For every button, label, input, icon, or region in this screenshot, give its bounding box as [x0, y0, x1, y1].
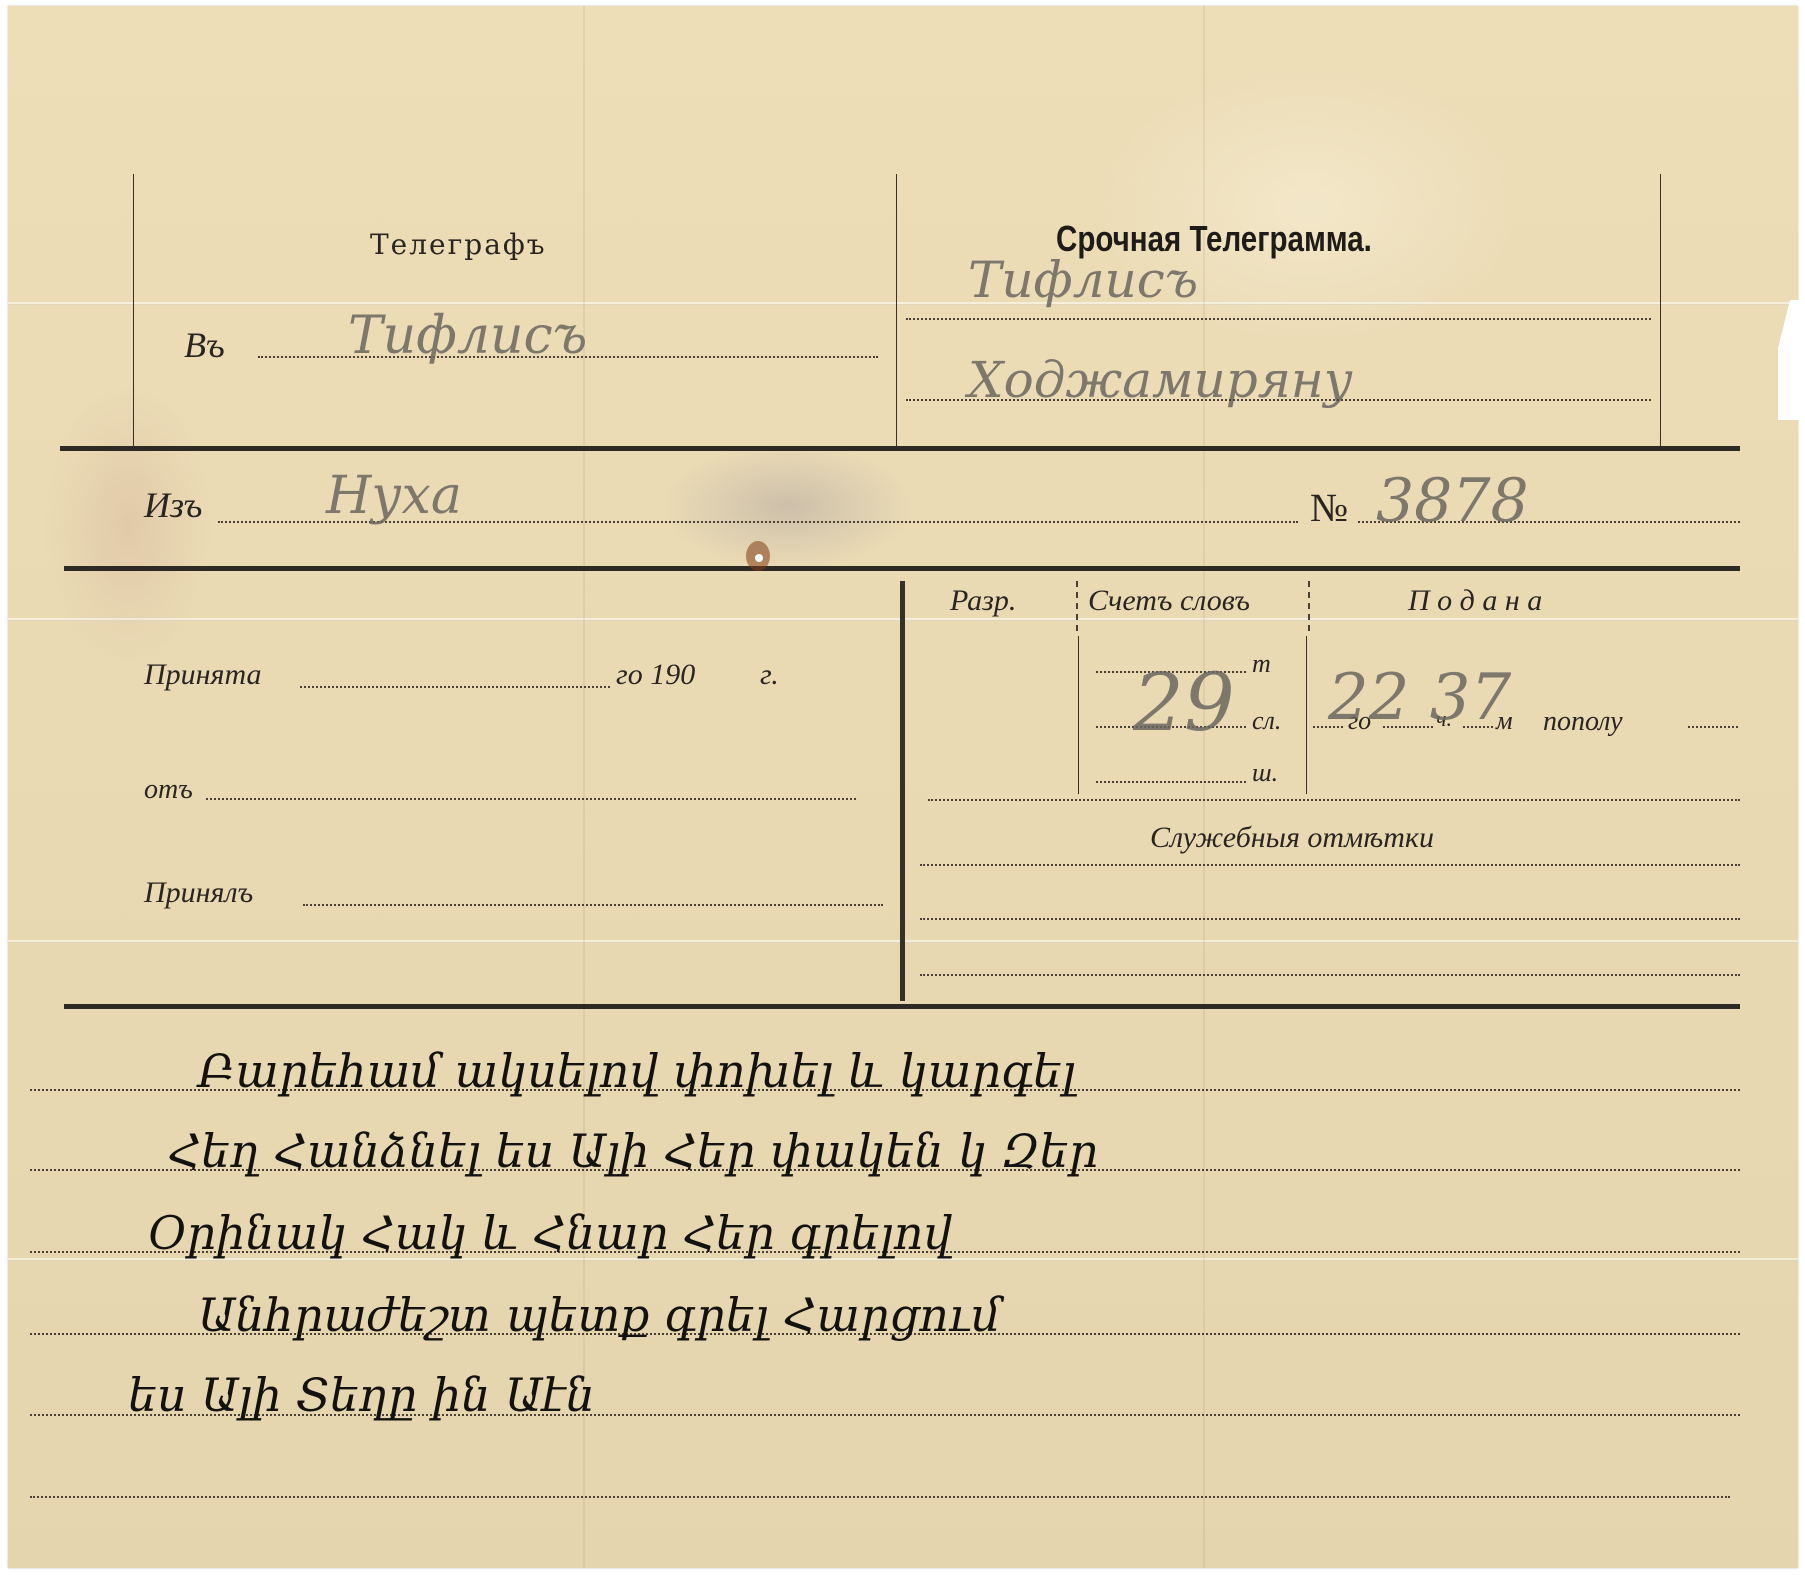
- from-field-value[interactable]: Нуха: [326, 466, 462, 526]
- column-divider: [1308, 581, 1310, 631]
- section-divider: [900, 581, 905, 1001]
- word-count-sl-label: сл.: [1252, 706, 1281, 736]
- telegram-form: Телеграфъ Срочная Телеграмма. Въ Тифлисъ…: [8, 6, 1798, 1568]
- header-divider: [896, 174, 897, 446]
- received-by-label: Принялъ: [144, 876, 253, 910]
- message-line-4: Անհրաժեշտ պետք գրել Հարցում: [198, 1288, 1001, 1342]
- column-divider: [1306, 636, 1307, 794]
- to-field-value[interactable]: Тифлисъ: [348, 306, 587, 366]
- message-line-3: Օրինակ Հակ և Հնար Հեր գրելով: [148, 1206, 953, 1260]
- service-notes-line-3: [920, 974, 1740, 976]
- header-left-border: [133, 174, 134, 446]
- paper-hole: [755, 554, 763, 562]
- category-column-header: Разр.: [950, 584, 1016, 618]
- accepted-year-prefix: го 190: [616, 658, 695, 692]
- addressee-line-1-rule: [906, 318, 1651, 320]
- message-rule: [30, 1496, 1730, 1498]
- word-count-value[interactable]: 29: [1133, 656, 1235, 749]
- column-divider: [1076, 581, 1078, 631]
- service-notes-line-1: [920, 864, 1740, 866]
- filed-meridiem: пополу: [1543, 706, 1623, 738]
- service-notes-label: Служебныя отмѣтки: [1150, 821, 1434, 855]
- accepted-year-suffix: г.: [760, 658, 779, 692]
- fold-crease: [8, 302, 1798, 305]
- sender-label: отъ: [144, 774, 193, 806]
- to-label: Въ: [184, 324, 225, 366]
- from-label: Изъ: [144, 484, 202, 526]
- message-top-rule: [64, 1004, 1740, 1009]
- addressee-line-2-rule: [906, 399, 1651, 401]
- section-rule: [64, 566, 1740, 571]
- accepted-label: Принята: [144, 658, 262, 692]
- received-by-field-line: [303, 904, 883, 906]
- filed-meridiem-line: [1688, 726, 1738, 728]
- word-count-sh-label: ш.: [1252, 758, 1278, 788]
- sender-field-line: [206, 798, 856, 800]
- word-count-t-label: т: [1252, 649, 1271, 679]
- filed-time-value[interactable]: 22 37: [1328, 661, 1511, 735]
- header-right-border: [1660, 174, 1661, 446]
- word-count-column-header: Счетъ словъ: [1088, 584, 1250, 618]
- number-field-value[interactable]: 3878: [1376, 466, 1529, 536]
- filed-column-header: П о д а н а: [1408, 584, 1542, 618]
- accepted-date-line: [300, 686, 610, 688]
- service-notes-line-2: [920, 918, 1740, 920]
- message-line-1: Բարեհամ ակսելով փոխել և կարգել: [198, 1044, 1076, 1098]
- telegraph-heading: Телеграфъ: [370, 228, 547, 261]
- number-label: №: [1310, 484, 1348, 531]
- column-divider: [1078, 636, 1079, 794]
- section-rule: [60, 446, 1740, 451]
- filing-bottom-rule: [928, 799, 1740, 801]
- message-line-5: ես Ալի Տեղը ին Աէն: [128, 1368, 595, 1422]
- message-line-2: Հեղ Հանձնել ես Ալի Հեր փակեն կ Զեր: [168, 1124, 1098, 1178]
- addressee-line-1[interactable]: Тифлисъ: [968, 251, 1198, 309]
- word-count-sh-line: [1096, 781, 1246, 783]
